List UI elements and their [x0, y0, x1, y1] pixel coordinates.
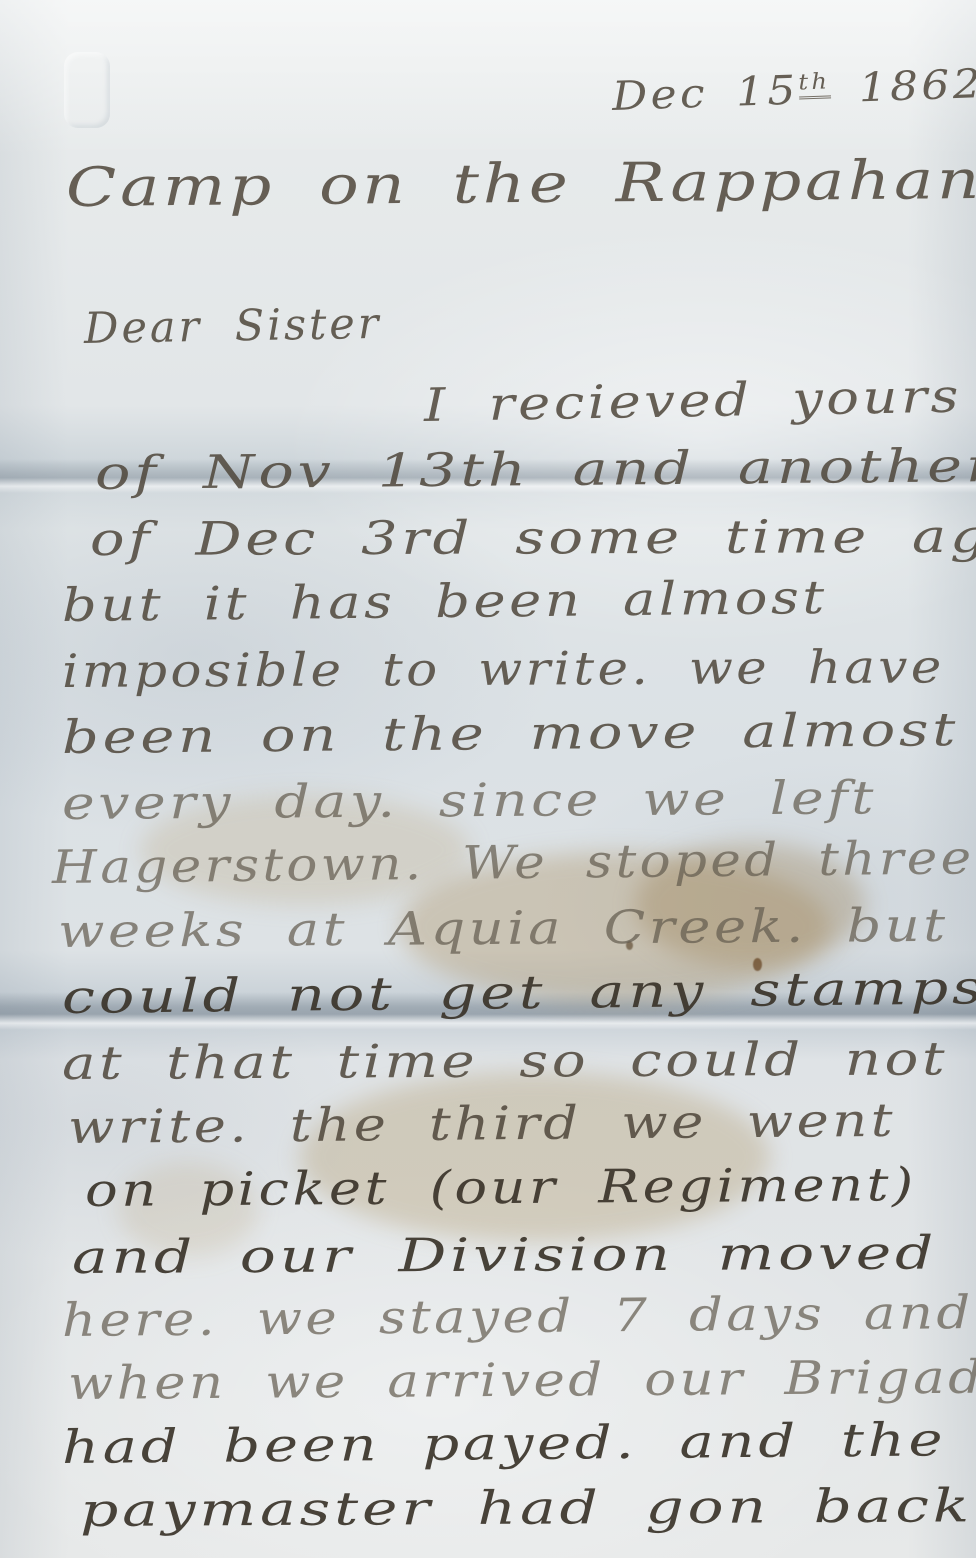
handwritten-line: on picket (our Regiment): [85, 1157, 917, 1217]
date-line: Dec 15th 1862: [611, 61, 976, 120]
handwritten-line: imposible to write. we have: [62, 639, 945, 698]
handwritten-line: at that time so could not: [62, 1031, 949, 1090]
handwritten-line: of Nov 13th and another: [95, 438, 976, 500]
date-year: 1862: [858, 61, 976, 111]
handwritten-line: here. we stayed 7 days and: [62, 1285, 974, 1347]
handwritten-line: every day. since we left: [62, 770, 877, 830]
salutation-line: Dear Sister: [84, 299, 382, 354]
heading-line: Camp on the Rappahannock: [66, 146, 976, 219]
date-ordinal: th: [798, 69, 831, 99]
opening-line: I recieved yours: [424, 369, 963, 432]
handwritten-line: had been payed. and the: [62, 1412, 947, 1474]
handwritten-line: but it has been almost: [62, 570, 828, 632]
handwritten-line: write. the third we went: [68, 1093, 897, 1154]
embossed-stamp: [64, 52, 110, 128]
date-prefix: Dec 15: [611, 67, 799, 119]
handwritten-line: and our Division moved: [72, 1225, 938, 1284]
handwritten-line: Hagerstown. We stoped three: [52, 830, 975, 894]
handwritten-line: paymaster had gon back: [80, 1478, 973, 1537]
handwritten-line: could not get any stamps: [62, 960, 976, 1024]
handwritten-line: been on the move almost: [62, 702, 960, 764]
handwritten-line: weeks at Aquia Creek. but: [58, 898, 949, 958]
letter-page: Dec 15th 1862 Camp on the Rappahannock D…: [0, 0, 976, 1558]
handwritten-line: of Dec 3rd some time ago: [90, 509, 976, 566]
handwritten-line: when we arrived our Brigade: [68, 1349, 976, 1410]
